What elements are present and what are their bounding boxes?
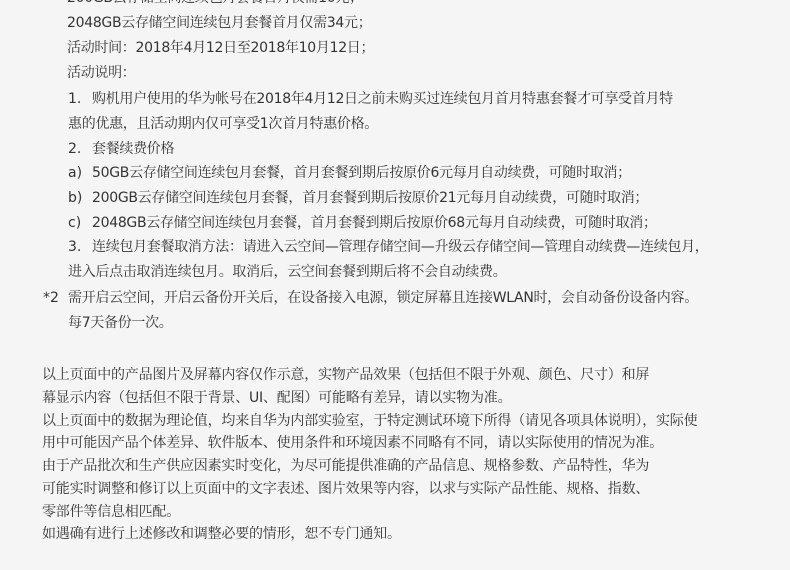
disclaimer-line: 以上页面中的数据为理论值，均来自华为内部实验室，于特定测试环境下所得（请见各项具… <box>42 411 697 431</box>
subitem-a-text: 50GB云存储空间连续包月套餐，首月套餐到期后按原价6元每月自动续费，可随时取消… <box>92 163 631 183</box>
disclaimer-line: 如遇确有进行上述修改和调整必要的情形，恕不专门通知。 <box>42 524 401 544</box>
subitem-c-text: 2048GB云存储空间连续包月套餐，首月套餐到期后按原价68元每月自动续费，可随… <box>92 213 657 233</box>
promo-line-2048gb: 2048GB云存储空间连续包月套餐首月仅需34元； <box>67 13 371 33</box>
footnote-2-line-2: 每7天备份一次。 <box>68 313 173 333</box>
subitem-marker-b: b) <box>68 188 82 208</box>
promo-period: 活动时间：2018年4月12日至2018年10月12日； <box>67 38 374 58</box>
subitem-b-text: 200GB云存储空间连续包月套餐，首月套餐到期后按原价21元每月自动续费，可随时… <box>92 188 648 208</box>
note-3-line-2: 进入后点击取消连续包月。取消后，云空间套餐到期后将不会自动续费。 <box>68 262 506 282</box>
note-1-line-2: 惠的优惠，且活动期内仅可享受1次首月特惠价格。 <box>68 114 378 134</box>
disclaimer-line: 幕显示内容（包括但不限于背景、UI、配图）可能略有差异，请以实物为准。 <box>42 388 511 408</box>
disclaimer-line: 用中可能因产品个体差异、软件版本、使用条件和环境因素不同略有不同，请以实际使用的… <box>42 433 663 453</box>
disclaimer-line: 零部件等信息相匹配。 <box>42 502 180 522</box>
note-2-title: 套餐续费价格 <box>92 139 174 159</box>
subitem-marker-a: a) <box>68 163 82 183</box>
footnote-marker: *2 <box>43 288 59 308</box>
note-marker-2: 2. <box>68 139 81 159</box>
note-marker-3: 3. <box>68 237 81 257</box>
notes-heading: 活动说明： <box>67 63 136 83</box>
subitem-marker-c: c) <box>68 213 81 233</box>
note-1-line-1: 购机用户使用的华为帐号在2018年4月12日之前未购买过连续包月首月特惠套餐才可… <box>92 89 673 109</box>
note-marker-1: 1. <box>68 89 81 109</box>
note-3-line-1: 连续包月套餐取消方法：请进入云空间—管理存储空间—升级云存储空间—管理自动续费—… <box>92 237 709 257</box>
promo-line-200gb: 200GB云存储空间连续包月套餐首月仅需10元； <box>67 0 363 8</box>
disclaimer-line: 以上页面中的产品图片及屏幕内容仅作示意，实物产品效果（包括但不限于外观、颜色、尺… <box>42 365 649 385</box>
footnote-2-line-1: 需开启云空间，开启云备份开关后，在设备接入电源，锁定屏幕且连接WLAN时，会自动… <box>68 288 698 308</box>
disclaimer-line: 由于产品批次和生产供应因素实时变化，为尽可能提供准确的产品信息、规格参数、产品特… <box>42 456 649 476</box>
disclaimer-line: 可能实时调整和修订以上页面中的文字表述、图片效果等内容，以求与实际产品性能、规格… <box>42 479 649 499</box>
